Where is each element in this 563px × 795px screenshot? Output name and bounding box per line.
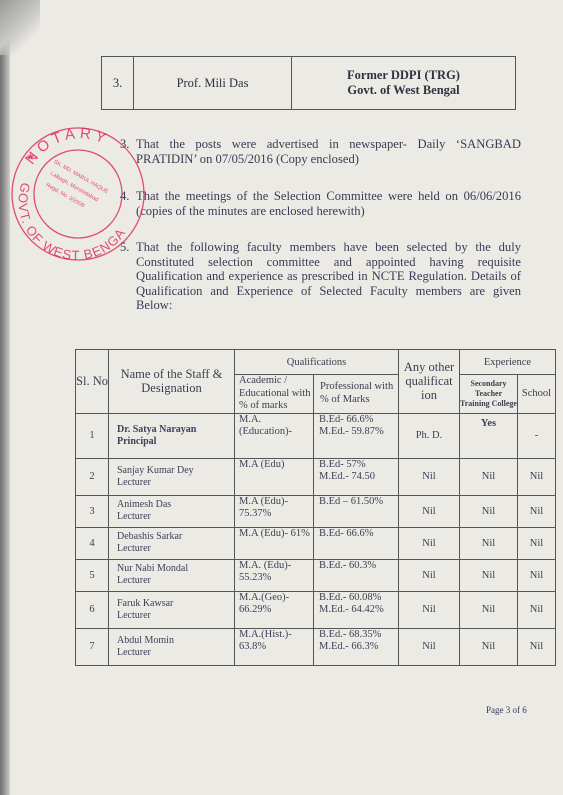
- header-school: School: [518, 375, 556, 414]
- cell-professional: B.Ed.- 60.08%M.Ed.- 64.42%: [314, 591, 399, 628]
- cell-academic: M.A. (Edu)- 55.23%: [235, 559, 314, 591]
- staff-name: Abdul Momin: [117, 635, 234, 647]
- staff-name: Sanjay Kumar Dey: [117, 465, 234, 477]
- cell-school: Nil: [518, 591, 556, 628]
- cell-professional: B.Ed- 66.6%M.Ed.- 59.87%: [314, 413, 399, 458]
- cell-academic: M.A.(Hist.)- 63.8%: [235, 628, 314, 665]
- staff-designation: Lecturer: [117, 647, 234, 659]
- cell-sl: 2: [76, 458, 109, 495]
- cell-sl: 6: [76, 591, 109, 628]
- cell-other: Nil: [399, 591, 460, 628]
- cell-school: -: [518, 413, 556, 458]
- cell-name: Debashis SarkarLecturer: [109, 527, 235, 559]
- professional-line2: M.Ed.- 64.42%: [319, 604, 398, 616]
- professional-line2: M.Ed.- 74.50: [319, 471, 398, 483]
- paragraph-4: 4. That the meetings of the Selection Co…: [136, 189, 521, 218]
- member-number: 3.: [102, 57, 134, 110]
- cell-professional: B.Ed- 66.6%: [314, 527, 399, 559]
- cell-sl: 3: [76, 495, 109, 527]
- cell-other: Nil: [399, 527, 460, 559]
- cell-name: Faruk KawsarLecturer: [109, 591, 235, 628]
- cell-stc: Nil: [460, 495, 518, 527]
- scan-binding-edge: [0, 0, 10, 795]
- professional-line1: B.Ed.- 68.35%: [319, 629, 398, 641]
- cell-academic: M.A (Edu): [235, 458, 314, 495]
- header-qualifications: Qualifications: [235, 350, 399, 375]
- faculty-table: Sl. No Name of the Staff & Designation Q…: [75, 349, 556, 666]
- cell-school: Nil: [518, 495, 556, 527]
- staff-name: Animesh Das: [117, 499, 234, 511]
- staff-designation: Lecturer: [117, 543, 234, 555]
- cell-sl: 5: [76, 559, 109, 591]
- cell-school: Nil: [518, 458, 556, 495]
- member-role-line2: Govt. of West Bengal: [292, 83, 515, 98]
- cell-academic: M.A (Edu)- 75.37%: [235, 495, 314, 527]
- staff-designation: Lecturer: [117, 511, 234, 523]
- paragraph-text: That the following faculty members have …: [136, 240, 521, 312]
- professional-line1: B.Ed- 66.6%: [319, 528, 398, 540]
- cell-stc: Yes: [460, 413, 518, 458]
- cell-stc: Nil: [460, 527, 518, 559]
- cell-stc: Nil: [460, 559, 518, 591]
- cell-professional: B.Ed- 57%M.Ed.- 74.50: [314, 458, 399, 495]
- staff-designation: Lecturer: [117, 575, 234, 587]
- paragraph-text: That the posts were advertised in newspa…: [136, 137, 521, 166]
- cell-school: Nil: [518, 527, 556, 559]
- professional-line1: B.Ed – 61.50%: [319, 496, 398, 508]
- cell-professional: B.Ed.- 68.35%M.Ed.- 66.3%: [314, 628, 399, 665]
- cell-name: Sanjay Kumar DeyLecturer: [109, 458, 235, 495]
- stamp-star-icon: ★: [26, 152, 35, 163]
- table-row: 3. Prof. Mili Das Former DDPI (TRG) Govt…: [102, 57, 516, 110]
- paragraph-5: 5. That the following faculty members ha…: [136, 240, 521, 313]
- table-row: 1Dr. Satya NarayanPrincipalM.A. (Educati…: [76, 413, 556, 458]
- committee-member-table: 3. Prof. Mili Das Former DDPI (TRG) Govt…: [101, 56, 516, 110]
- cell-sl: 1: [76, 413, 109, 458]
- cell-name: Animesh DasLecturer: [109, 495, 235, 527]
- member-role-line1: Former DDPI (TRG): [292, 68, 515, 83]
- cell-sl: 4: [76, 527, 109, 559]
- professional-line1: B.Ed.- 60.08%: [319, 592, 398, 604]
- notary-stamp: NOTARY GOVT. OF WEST BENGAL SK. MD. MABU…: [8, 124, 148, 264]
- professional-line1: B.Ed- 57%: [319, 459, 398, 471]
- staff-designation: Principal: [117, 436, 234, 448]
- cell-sl: 7: [76, 628, 109, 665]
- staff-name: Dr. Satya Narayan: [117, 424, 234, 436]
- faculty-table-body: 1Dr. Satya NarayanPrincipalM.A. (Educati…: [76, 413, 556, 665]
- stamp-top-text: NOTARY: [22, 125, 112, 168]
- table-row: 4Debashis SarkarLecturerM.A (Edu)- 61%B.…: [76, 527, 556, 559]
- paragraph-3: 3. That the posts were advertised in new…: [136, 137, 521, 166]
- member-name: Prof. Mili Das: [134, 57, 292, 110]
- cell-other: Nil: [399, 559, 460, 591]
- cell-name: Abdul MominLecturer: [109, 628, 235, 665]
- cell-professional: B.Ed – 61.50%: [314, 495, 399, 527]
- staff-designation: Lecturer: [117, 610, 234, 622]
- cell-name: Dr. Satya NarayanPrincipal: [109, 413, 235, 458]
- cell-academic: M.A. (Education)-: [235, 413, 314, 458]
- page-fold-corner: [0, 0, 40, 55]
- table-row: 7Abdul MominLecturerM.A.(Hist.)- 63.8%B.…: [76, 628, 556, 665]
- staff-designation: Lecturer: [117, 477, 234, 489]
- cell-stc: Nil: [460, 628, 518, 665]
- cell-stc: Nil: [460, 591, 518, 628]
- staff-name: Faruk Kawsar: [117, 598, 234, 610]
- cell-school: Nil: [518, 559, 556, 591]
- paragraph-text: That the meetings of the Selection Commi…: [136, 189, 521, 218]
- cell-school: Nil: [518, 628, 556, 665]
- header-experience: Experience: [460, 350, 556, 375]
- header-other-qualification: Any other qualificat ion: [399, 350, 460, 414]
- staff-name: Nur Nabi Mondal: [117, 563, 234, 575]
- header-professional: Professional with % of Marks: [314, 375, 399, 414]
- header-row: Sl. No Name of the Staff & Designation Q…: [76, 350, 556, 375]
- cell-name: Nur Nabi MondalLecturer: [109, 559, 235, 591]
- header-name: Name of the Staff & Designation: [109, 350, 235, 414]
- table-row: 5Nur Nabi MondalLecturerM.A. (Edu)- 55.2…: [76, 559, 556, 591]
- cell-academic: M.A.(Geo)- 66.29%: [235, 591, 314, 628]
- cell-professional: B.Ed.- 60.3%: [314, 559, 399, 591]
- header-academic: Academic / Educational with % of marks: [235, 375, 314, 414]
- svg-text:NOTARY: NOTARY: [22, 125, 112, 168]
- member-role: Former DDPI (TRG) Govt. of West Bengal: [292, 57, 516, 110]
- header-stc: Secondary Teacher Training College: [460, 375, 518, 414]
- cell-stc: Nil: [460, 458, 518, 495]
- staff-name: Debashis Sarkar: [117, 531, 234, 543]
- professional-line2: M.Ed.- 66.3%: [319, 641, 398, 653]
- professional-line1: B.Ed.- 60.3%: [319, 560, 398, 572]
- cell-other: Nil: [399, 495, 460, 527]
- cell-academic: M.A (Edu)- 61%: [235, 527, 314, 559]
- page-number: Page 3 of 6: [486, 705, 527, 715]
- professional-line1: B.Ed- 66.6%: [319, 414, 398, 426]
- professional-line2: M.Ed.- 59.87%: [319, 426, 398, 438]
- header-sl-no: Sl. No: [76, 350, 109, 414]
- cell-other: Nil: [399, 628, 460, 665]
- table-row: 2Sanjay Kumar DeyLecturerM.A (Edu)B.Ed- …: [76, 458, 556, 495]
- table-row: 6Faruk KawsarLecturerM.A.(Geo)- 66.29%B.…: [76, 591, 556, 628]
- cell-other: Nil: [399, 458, 460, 495]
- table-row: 3Animesh DasLecturerM.A (Edu)- 75.37%B.E…: [76, 495, 556, 527]
- cell-other: Ph. D.: [399, 413, 460, 458]
